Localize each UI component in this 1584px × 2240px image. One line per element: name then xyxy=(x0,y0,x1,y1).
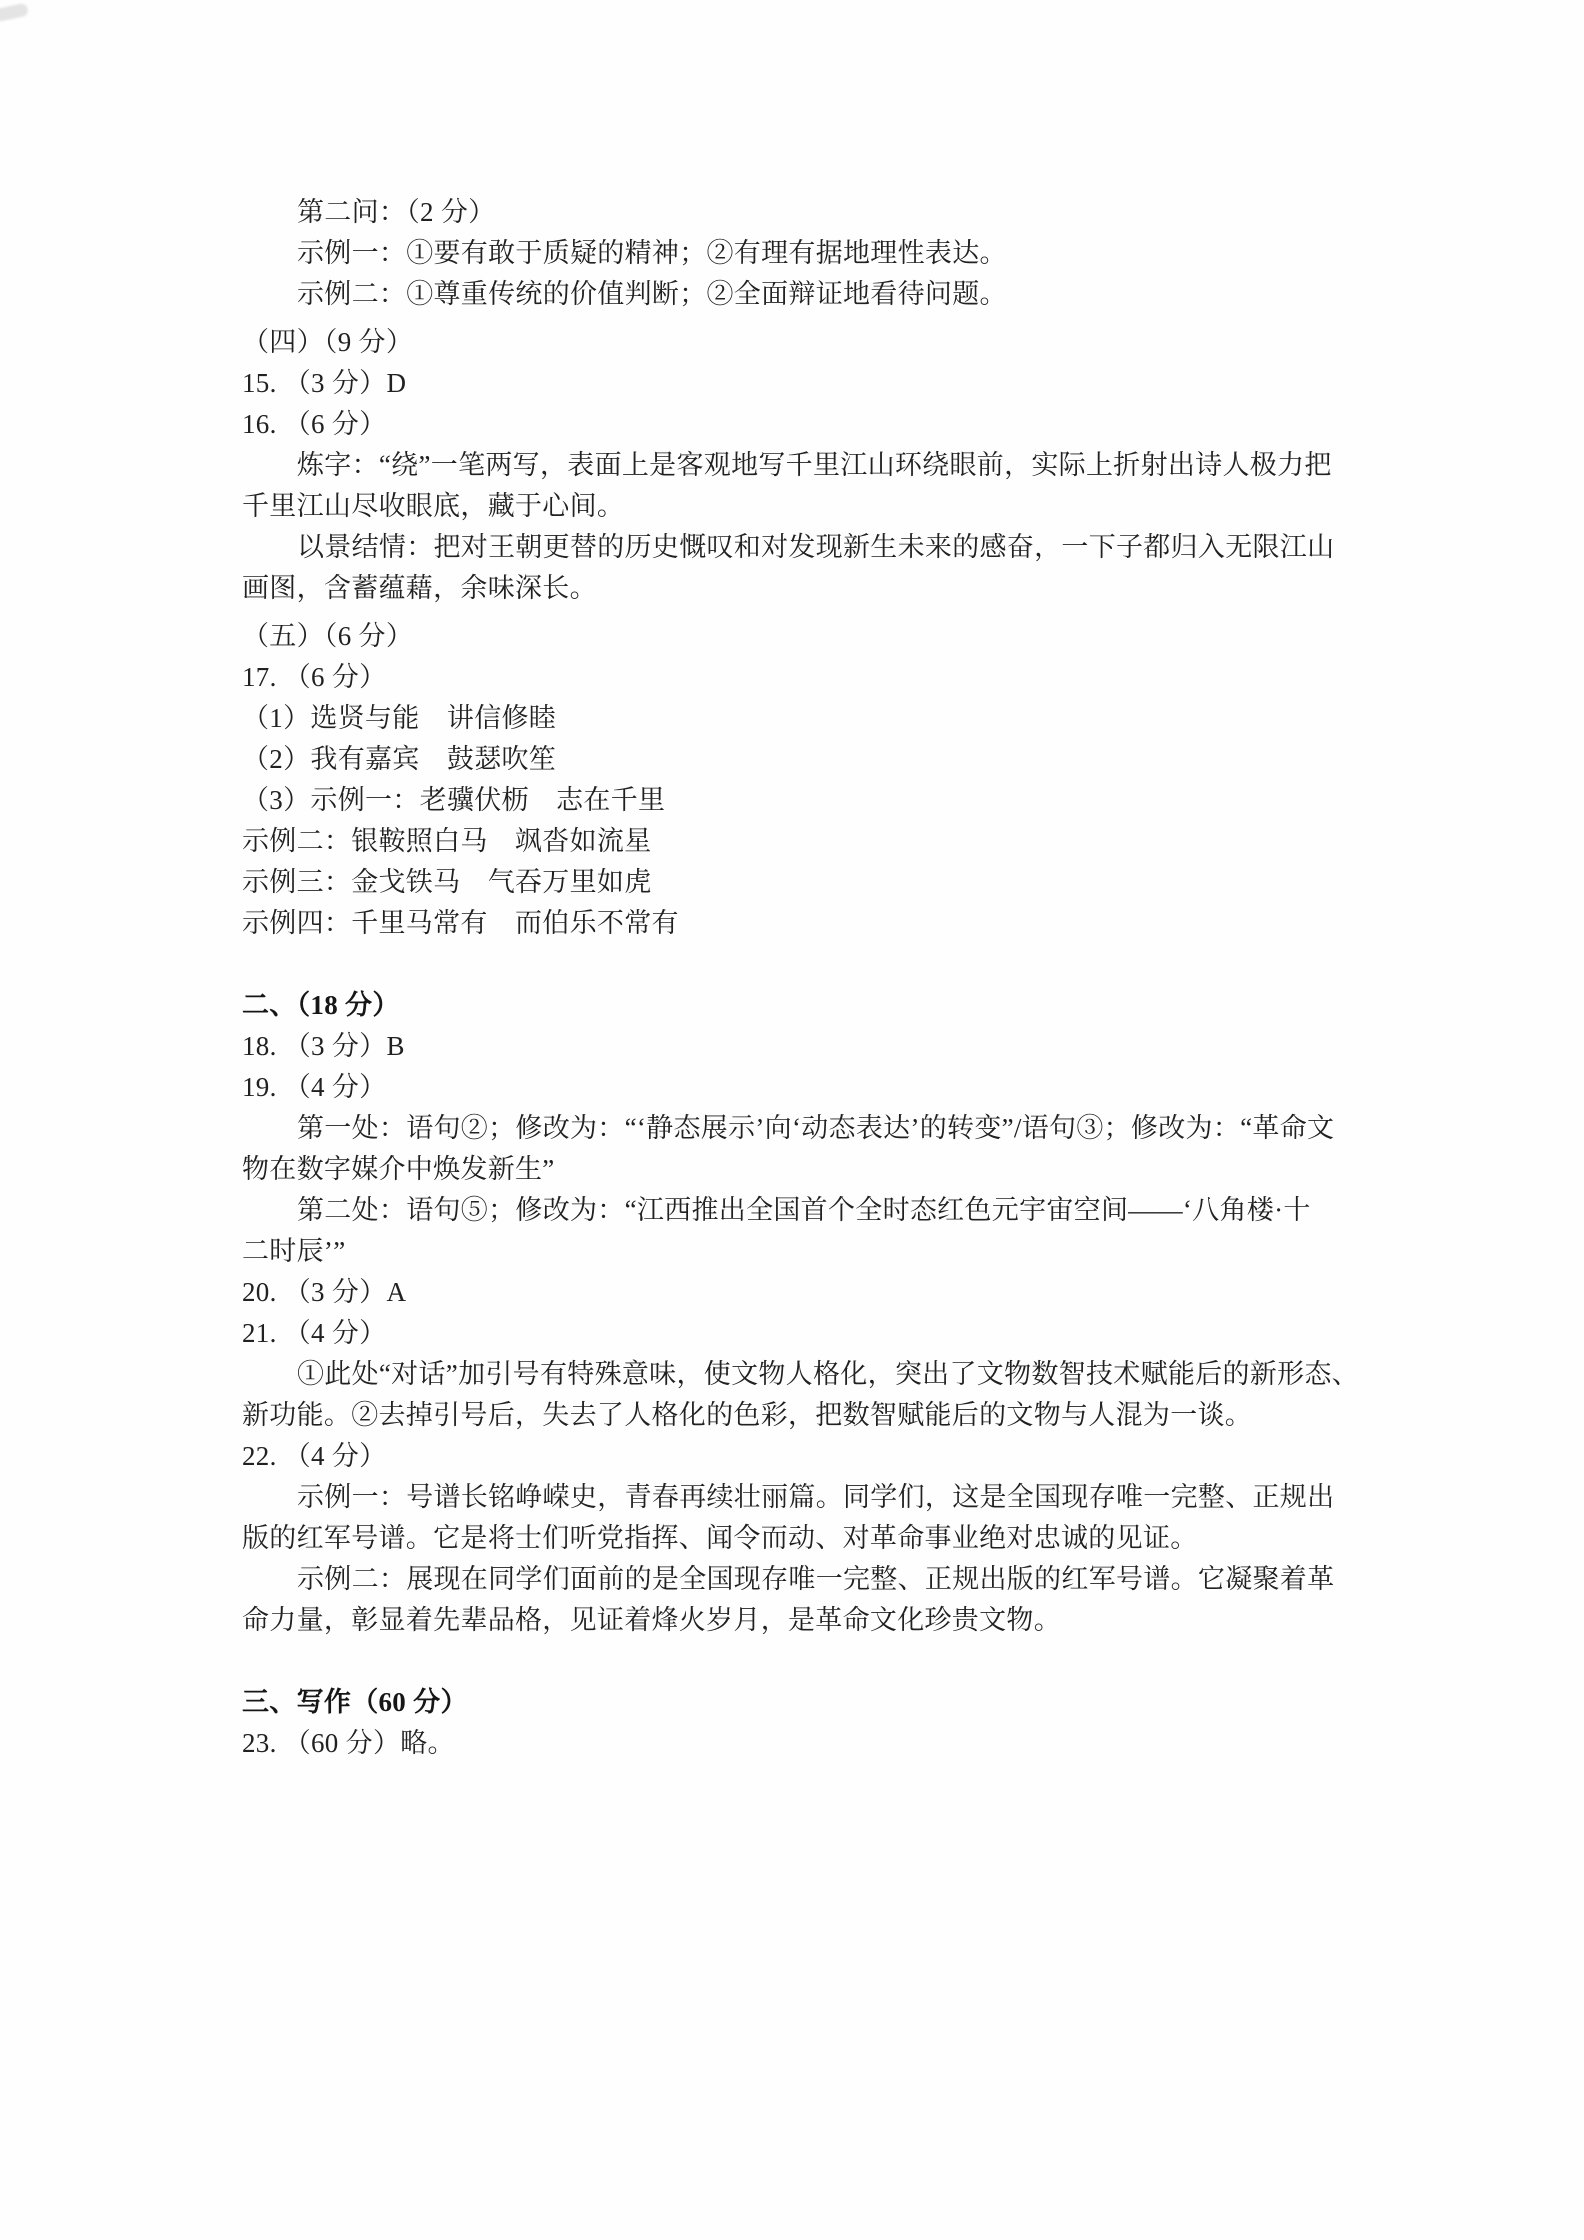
text-line: 23. （60 分）略。 xyxy=(242,1723,1352,1764)
text-line: ①此处“对话”加引号有特殊意味，使文物人格化，突出了文物数智技术赋能后的新形态、 xyxy=(242,1354,1352,1395)
text-line: 15. （3 分）D xyxy=(242,363,1352,404)
answer-key-page: 第二问：（2 分）示例一：①要有敢于质疑的精神；②有理有据地理性表达。示例二：①… xyxy=(0,0,1584,2240)
text-line: 18. （3 分）B xyxy=(242,1026,1352,1067)
text-line: 二时辰’” xyxy=(242,1231,1352,1272)
text-line: 示例一：①要有敢于质疑的精神；②有理有据地理性表达。 xyxy=(242,233,1352,274)
text-line: 版的红军号谱。它是将士们听党指挥、闻令而动、对革命事业绝对忠诚的见证。 xyxy=(242,1518,1352,1559)
text-line: 第一处：语句②；修改为：“‘静态展示’向‘动态表达’的转变”/语句③；修改为：“… xyxy=(242,1108,1352,1149)
text-line: （1）选贤与能 讲信修睦 xyxy=(242,698,1352,739)
text-line: 19. （4 分） xyxy=(242,1067,1352,1108)
text-line: 物在数字媒介中焕发新生” xyxy=(242,1149,1352,1190)
text-line: 第二问：（2 分） xyxy=(242,192,1352,233)
text-line: 示例二：银鞍照白马 飒沓如流星 xyxy=(242,821,1352,862)
text-line: 示例三：金戈铁马 气吞万里如虎 xyxy=(242,862,1352,903)
text-line: 示例一：号谱长铭峥嵘史，青春再续壮丽篇。同学们，这是全国现存唯一完整、正规出 xyxy=(242,1477,1352,1518)
text-line: 以景结情：把对王朝更替的历史慨叹和对发现新生未来的感奋，一下子都归入无限江山 xyxy=(242,527,1352,568)
scan-artifact xyxy=(0,3,29,23)
text-line: 示例四：千里马常有 而伯乐不常有 xyxy=(242,903,1352,944)
text-line: （四）（9 分） xyxy=(242,322,1352,363)
text-line: 17. （6 分） xyxy=(242,657,1352,698)
text-line: 炼字：“绕”一笔两写，表面上是客观地写千里江山环绕眼前，实际上折射出诗人极力把 xyxy=(242,445,1352,486)
text-line: 示例二：展现在同学们面前的是全国现存唯一完整、正规出版的红军号谱。它凝聚着革 xyxy=(242,1559,1352,1600)
text-line: 画图，含蓄蕴藉，余味深长。 xyxy=(242,568,1352,609)
document-content: 第二问：（2 分）示例一：①要有敢于质疑的精神；②有理有据地理性表达。示例二：①… xyxy=(242,192,1352,1764)
text-line: 20. （3 分）A xyxy=(242,1272,1352,1313)
text-line: （五）（6 分） xyxy=(242,616,1352,657)
text-line: 千里江山尽收眼底，藏于心间。 xyxy=(242,486,1352,527)
text-line: 21. （4 分） xyxy=(242,1313,1352,1354)
text-line: 16. （6 分） xyxy=(242,404,1352,445)
text-line: 22. （4 分） xyxy=(242,1436,1352,1477)
text-line: （2）我有嘉宾 鼓瑟吹笙 xyxy=(242,739,1352,780)
text-line: 新功能。②去掉引号后，失去了人格化的色彩，把数智赋能后的文物与人混为一谈。 xyxy=(242,1395,1352,1436)
text-line: 命力量，彰显着先辈品格，见证着烽火岁月，是革命文化珍贵文物。 xyxy=(242,1600,1352,1641)
text-line: 示例二：①尊重传统的价值判断；②全面辩证地看待问题。 xyxy=(242,274,1352,315)
text-line: （3）示例一：老骥伏枥 志在千里 xyxy=(242,780,1352,821)
text-line: 三、写作（60 分） xyxy=(242,1682,1352,1723)
text-line: 第二处：语句⑤；修改为：“江西推出全国首个全时态红色元宇宙空间——‘八角楼·十 xyxy=(242,1190,1352,1231)
text-line: 二、（18 分） xyxy=(242,985,1352,1026)
